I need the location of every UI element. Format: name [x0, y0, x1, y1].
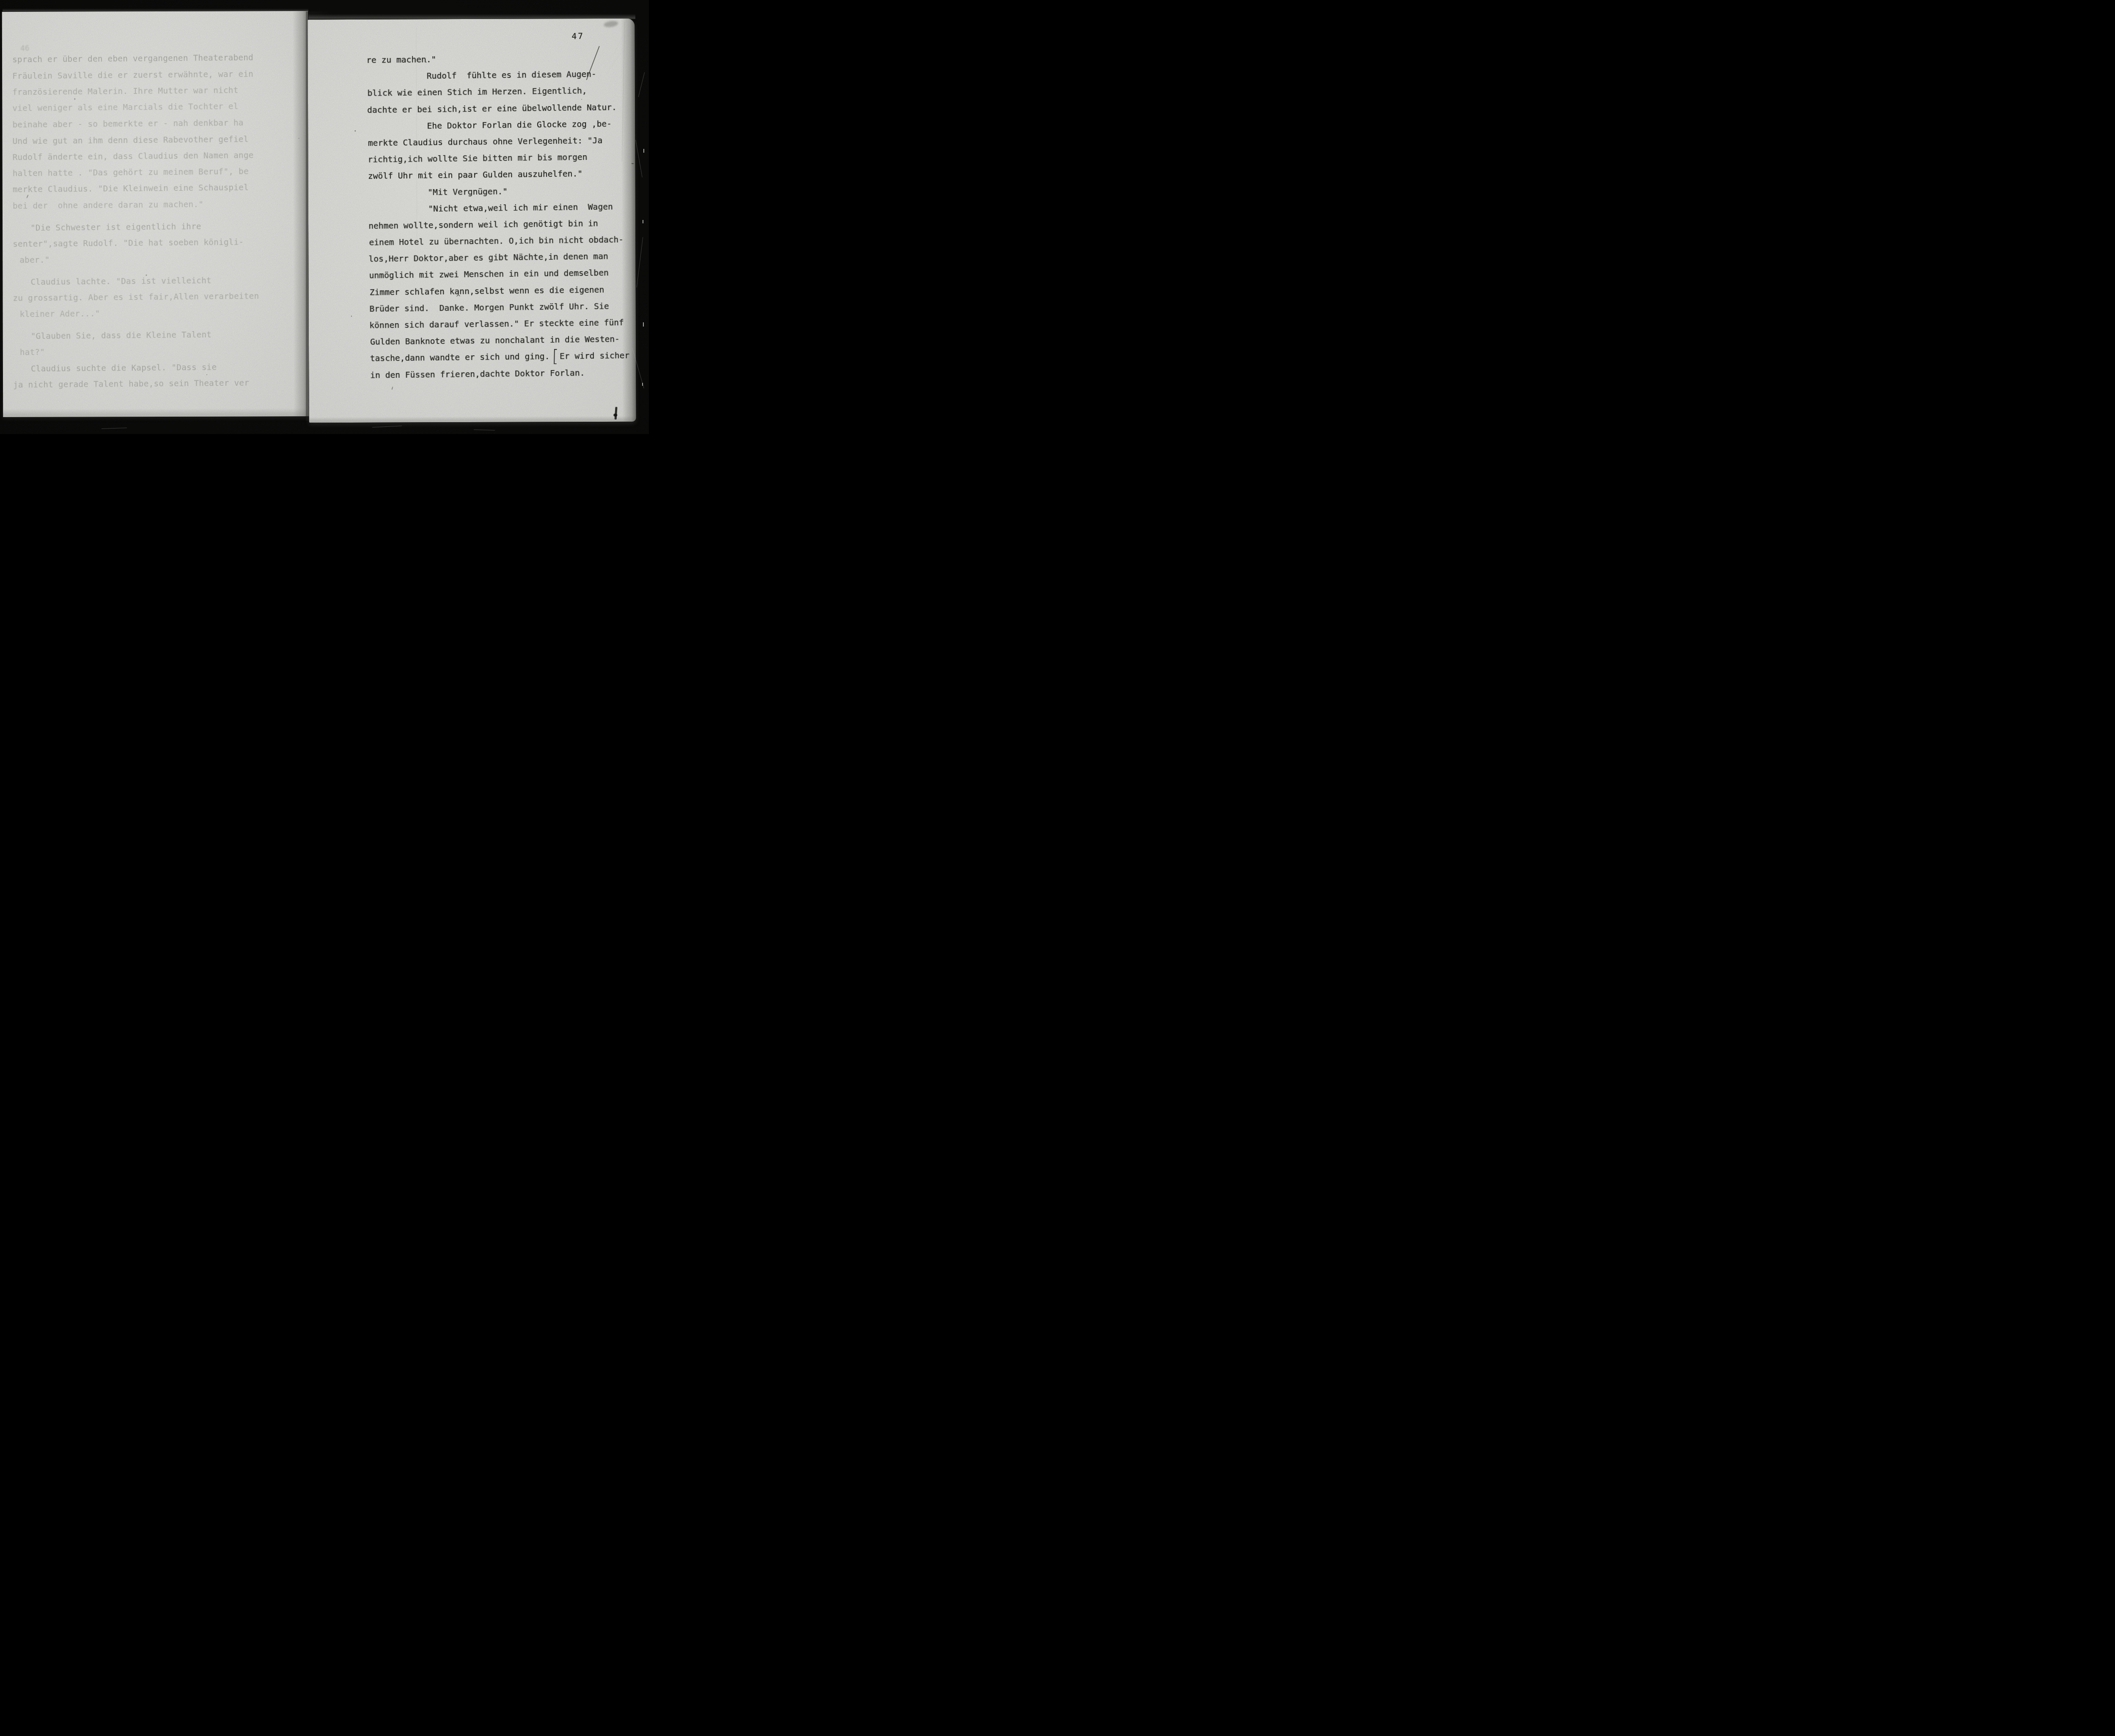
ghost-line: Rudolf änderte ein, dass Claudius den Na… — [13, 150, 254, 162]
paper-speck — [299, 138, 299, 139]
paper-speck — [632, 163, 634, 164]
paper-speck — [426, 61, 427, 63]
ghost-line: merkte Claudius. "Die Kleinwein eine Sch… — [13, 183, 249, 195]
scanner-scratch — [643, 322, 644, 327]
ghost-line: senter",sagte Rudolf. "Die hat soeben kö… — [13, 237, 244, 249]
scanner-scratch — [102, 428, 127, 429]
paper-speck — [525, 272, 526, 273]
ghost-page-number: 46 — [20, 44, 30, 53]
ghost-line: "Die Schwester ist eigentlich ihre — [30, 222, 201, 233]
left-page: 46 sprach er über den eben vergangenen T… — [2, 11, 309, 417]
typewritten-text-block: re zu machen." Rudolf fühlte es in diese… — [367, 49, 633, 384]
ghost-line: ja nicht gerade Talent habe,so sein Thea… — [13, 378, 249, 390]
scanner-scratch — [643, 149, 644, 153]
handwritten-bracket-mark: [ — [552, 346, 559, 366]
ghost-line: Fräulein Saville die er zuerst erwähnte,… — [12, 69, 253, 81]
scanner-scratch — [642, 383, 643, 386]
scanner-scratch — [643, 220, 643, 223]
scanned-document: 46 sprach er über den eben vergangenen T… — [0, 0, 649, 434]
paper-speck — [486, 218, 487, 219]
paper-speck — [354, 130, 356, 132]
ghost-line: kleiner Ader..." — [20, 309, 100, 319]
scanner-scratch — [474, 429, 495, 431]
ghost-line: viel weniger als eine Marcials die Tocht… — [12, 102, 239, 113]
ghost-line: Claudius lachte. "Das ist vielleicht — [30, 276, 211, 287]
ghost-line: beinahe aber - so bemerkte er - nah denk… — [12, 118, 243, 130]
scanner-scratch — [372, 426, 402, 428]
ghost-line: "Glauben Sie, dass die Kleine Talent — [31, 330, 212, 341]
ghost-line: halten hatte . "Das gehört zu meinem Ber… — [13, 167, 249, 179]
ghost-line: bei der ohne andere daran zu machen." — [13, 199, 203, 211]
ink-blot — [615, 407, 618, 420]
paper-speck — [391, 387, 393, 390]
scanner-scratch — [638, 72, 645, 97]
ghost-line: hat?" — [20, 347, 45, 357]
ghost-line: französierende Malerin. Ihre Mutter war … — [12, 85, 239, 97]
right-page: 47 re zu machen." Rudolf fühlte es in di… — [308, 19, 636, 423]
ghost-line: zu grossartig. Aber es ist fair,Allen ve… — [13, 291, 259, 303]
ink-smudge — [604, 20, 619, 28]
ghost-line: Und wie gut an ihm denn diese Rabevother… — [12, 135, 248, 146]
typewritten-line: in den Füssen frieren,dachte Doktor Forl… — [370, 364, 632, 383]
ghost-line: Claudius suchte die Kapsel. "Dass sie — [31, 362, 217, 374]
scanner-scratch — [637, 237, 643, 287]
paper-speck — [146, 275, 147, 276]
ghost-line: aber." — [19, 255, 49, 265]
page-number: 47 — [571, 31, 584, 41]
caret-mark: ^ — [456, 293, 461, 302]
paper-speck — [74, 98, 75, 99]
ghost-line: sprach er über den eben vergangenen Thea… — [12, 52, 253, 64]
paper-speck — [581, 99, 582, 100]
scanner-scratch — [635, 140, 643, 178]
paper-speck — [26, 195, 28, 198]
paper-speck — [206, 374, 207, 375]
paper-speck — [351, 316, 352, 317]
